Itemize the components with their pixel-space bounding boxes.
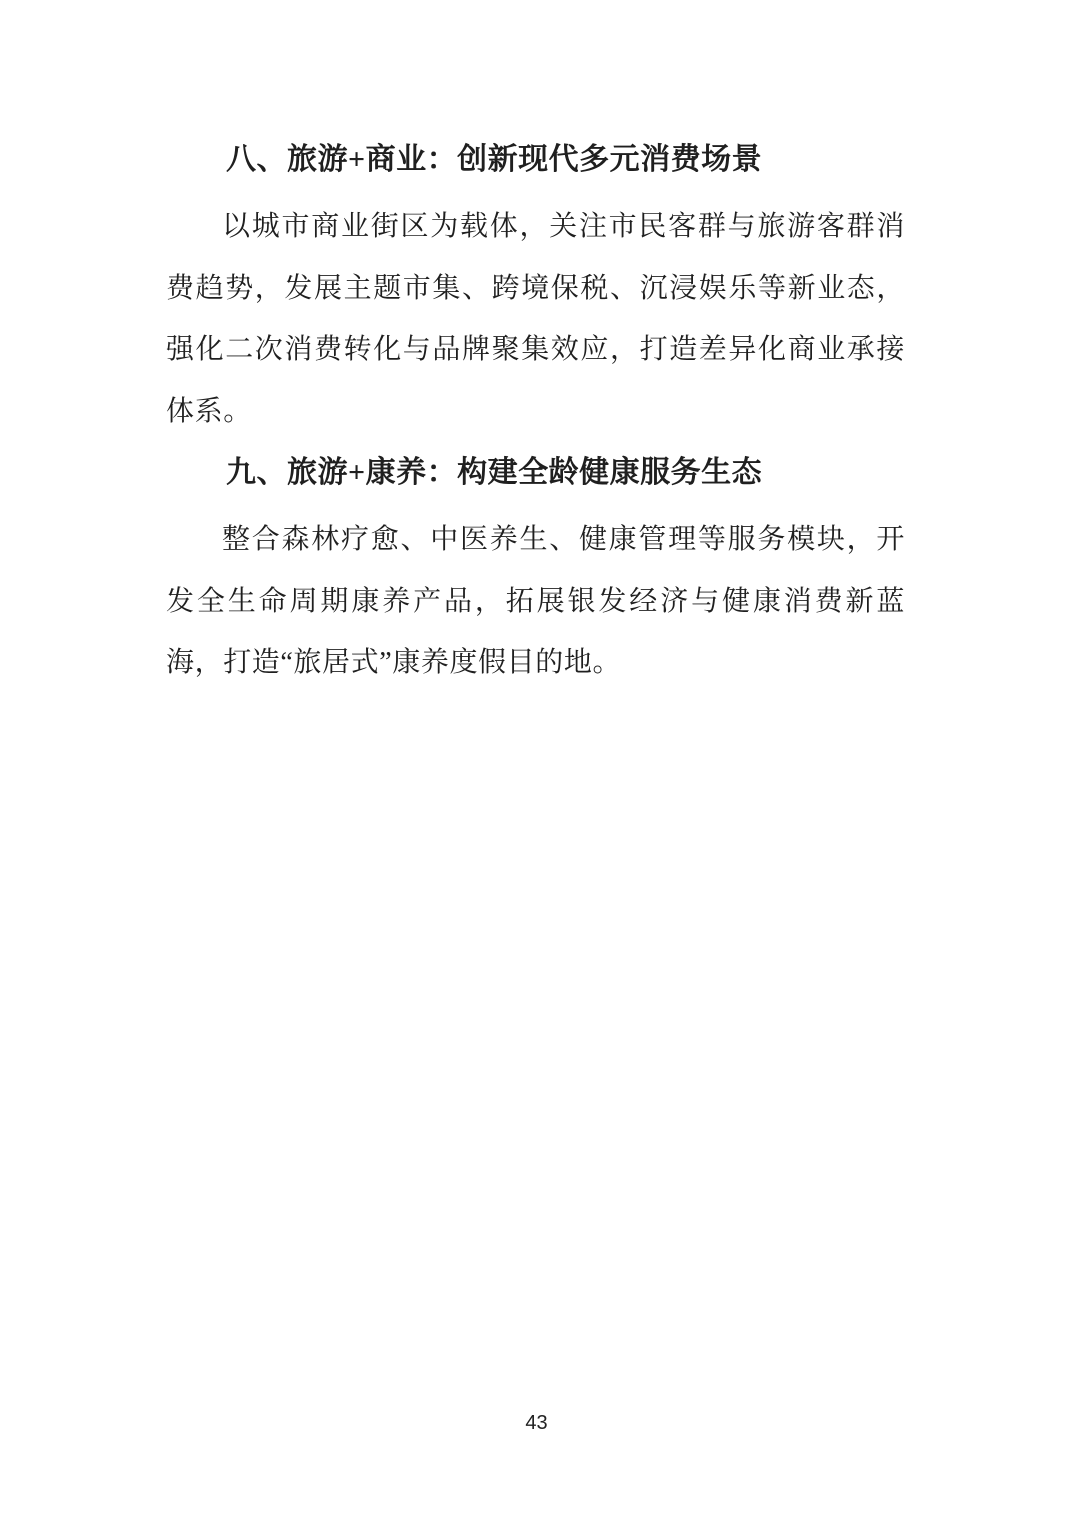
page-number: 43: [525, 1412, 547, 1434]
section-heading-tourism-commerce: 八、旅游+商业：创新现代多元消费场景: [166, 129, 905, 191]
section-tourism-wellness: 九、旅游+康养：构建全龄健康服务生态 整合森林疗愈、中医养生、健康管理等服务模块…: [166, 442, 905, 694]
page-footer: 43: [0, 1412, 1073, 1435]
section-paragraph-tourism-commerce: 以城市商业街区为载体，关注市民客群与旅游客群消费趋势，发展主题市集、跨境保税、沉…: [166, 196, 905, 442]
document-content: 八、旅游+商业：创新现代多元消费场景 以城市商业街区为载体，关注市民客群与旅游客…: [166, 129, 905, 694]
section-tourism-commerce: 八、旅游+商业：创新现代多元消费场景 以城市商业街区为载体，关注市民客群与旅游客…: [166, 129, 905, 442]
section-heading-tourism-wellness: 九、旅游+康养：构建全龄健康服务生态: [166, 442, 905, 504]
document-page: 八、旅游+商业：创新现代多元消费场景 以城市商业街区为载体，关注市民客群与旅游客…: [0, 0, 1073, 1519]
section-paragraph-tourism-wellness: 整合森林疗愈、中医养生、健康管理等服务模块，开发全生命周期康养产品，拓展银发经济…: [166, 509, 905, 694]
